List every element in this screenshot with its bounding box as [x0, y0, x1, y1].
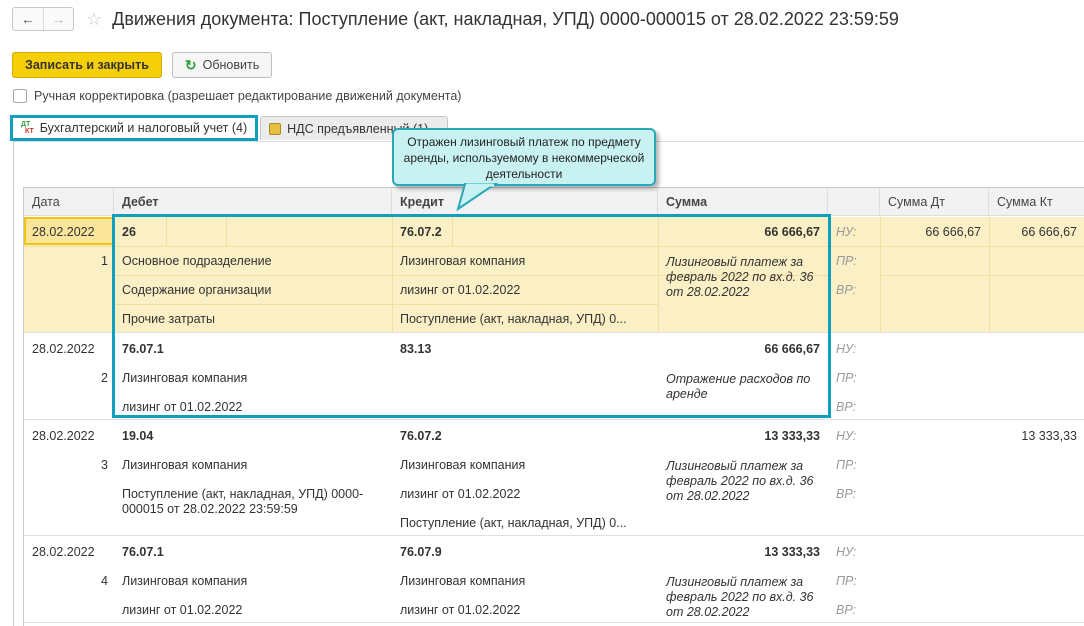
description: Лизинговый платеж за февраль 2022 по вх.…: [666, 459, 822, 504]
tab-bar: ДТКТ Бухгалтерский и налоговый учет (4) …: [10, 115, 448, 141]
arrow-left-icon: ←: [21, 11, 35, 27]
amount: 66 666,67: [658, 225, 820, 239]
sum-dt-nu: 66 666,67: [880, 225, 981, 239]
arrow-right-icon: →: [52, 11, 66, 27]
pr-label: ПР:: [836, 254, 857, 268]
debit-subconto: Лизинговая компания: [122, 458, 247, 472]
debit-subconto: лизинг от 01.02.2022: [122, 603, 242, 617]
description: Лизинговый платеж за февраль 2022 по вх.…: [666, 255, 822, 300]
star-icon[interactable]: ☆: [86, 9, 102, 30]
amount: 13 333,33: [658, 429, 820, 443]
credit-subconto: лизинг от 01.02.2022: [400, 603, 520, 617]
callout-tail: [455, 184, 515, 214]
pr-label: ПР:: [836, 371, 857, 385]
manual-edit-option[interactable]: Ручная корректировка (разрешает редактир…: [13, 89, 461, 103]
nu-label: НУ:: [836, 429, 856, 443]
forward-button[interactable]: →: [43, 8, 73, 30]
credit-subconto: Лизинговая компания: [400, 574, 525, 588]
pr-label: ПР:: [836, 574, 857, 588]
back-button[interactable]: ←: [13, 8, 43, 30]
page-title: Движения документа: Поступление (акт, на…: [112, 9, 899, 30]
pr-label: ПР:: [836, 458, 857, 472]
toolbar: Записать и закрыть ↻ Обновить: [12, 52, 272, 78]
debit-subconto: Лизинговая компания: [122, 574, 247, 588]
refresh-label: Обновить: [203, 58, 260, 72]
row-date: 28.02.2022: [32, 545, 95, 559]
title-bar: ← → ☆ Движения документа: Поступление (а…: [12, 6, 899, 32]
description: Лизинговый платеж за февраль 2022 по вх.…: [666, 575, 822, 620]
credit-subconto: Поступление (акт, накладная, УПД) 0...: [400, 312, 627, 326]
col-sum-kt[interactable]: Сумма Кт: [989, 188, 1084, 216]
dt-kt-icon: ДТКТ: [21, 121, 34, 135]
credit-subconto: Поступление (акт, накладная, УПД) 0...: [400, 516, 627, 530]
row-date: 28.02.2022: [32, 225, 95, 239]
credit-account: 76.07.9: [400, 545, 442, 559]
debit-subconto: Содержание организации: [122, 283, 271, 297]
manual-edit-label: Ручная корректировка (разрешает редактир…: [34, 89, 461, 103]
col-credit[interactable]: Кредит: [392, 188, 658, 216]
table-row[interactable]: 28.02.2022 4 76.07.1 Лизинговая компания…: [24, 537, 1084, 623]
amount: 66 666,67: [658, 342, 820, 356]
tab-accounting[interactable]: ДТКТ Бухгалтерский и налоговый учет (4): [10, 115, 258, 141]
vr-label: ВР:: [836, 487, 856, 501]
annotation-callout: Отражен лизинговый платеж по предмету ар…: [392, 128, 656, 186]
row-date: 28.02.2022: [32, 342, 95, 356]
amount: 13 333,33: [658, 545, 820, 559]
refresh-icon: ↻: [185, 57, 197, 74]
debit-subconto: лизинг от 01.02.2022: [122, 400, 242, 414]
row-number: 3: [24, 458, 108, 472]
refresh-button[interactable]: ↻ Обновить: [172, 52, 272, 78]
manual-edit-checkbox[interactable]: [13, 89, 27, 103]
save-close-button[interactable]: Записать и закрыть: [12, 52, 162, 78]
register-icon: [269, 123, 281, 135]
col-date[interactable]: Дата: [24, 188, 114, 216]
debit-subconto: Прочие затраты: [122, 312, 215, 326]
col-amount[interactable]: Сумма: [658, 188, 828, 216]
credit-subconto: лизинг от 01.02.2022: [400, 487, 520, 501]
row-number: 2: [24, 371, 108, 385]
nu-label: НУ:: [836, 342, 856, 356]
row-date: 28.02.2022: [32, 429, 95, 443]
tab-label: Бухгалтерский и налоговый учет (4): [40, 121, 247, 135]
col-label: [828, 188, 880, 216]
movements-table: Дата Дебет Кредит Сумма Сумма Дт Сумма К…: [23, 187, 1084, 626]
row-number: 4: [24, 574, 108, 588]
vr-label: ВР:: [836, 603, 856, 617]
sum-kt-nu: 13 333,33: [989, 429, 1077, 443]
sum-kt-nu: 66 666,67: [989, 225, 1077, 239]
credit-account: 76.07.2: [400, 429, 442, 443]
credit-subconto: Лизинговая компания: [400, 254, 525, 268]
debit-account: 76.07.1: [122, 342, 164, 356]
vr-label: ВР:: [836, 283, 856, 297]
vr-label: ВР:: [836, 400, 856, 414]
table-row[interactable]: 28.02.2022 2 76.07.1 Лизинговая компания…: [24, 334, 1084, 420]
nav-group: ← →: [12, 7, 74, 31]
debit-subconto: Поступление (акт, накладная, УПД) 0000-0…: [122, 487, 390, 517]
debit-subconto: Основное подразделение: [122, 254, 272, 268]
credit-subconto: лизинг от 01.02.2022: [400, 283, 520, 297]
debit-subconto: Лизинговая компания: [122, 371, 247, 385]
description: Отражение расходов по аренде: [666, 372, 822, 402]
debit-account: 76.07.1: [122, 545, 164, 559]
table-row[interactable]: 28.02.2022 1 26 Основное подразделение С…: [24, 217, 1084, 333]
credit-account: 83.13: [400, 342, 431, 356]
debit-account: 26: [122, 225, 136, 239]
table-row[interactable]: 28.02.2022 3 19.04 Лизинговая компания П…: [24, 421, 1084, 536]
debit-account: 19.04: [122, 429, 153, 443]
credit-account: 76.07.2: [400, 225, 442, 239]
nu-label: НУ:: [836, 225, 856, 239]
row-number: 1: [24, 254, 108, 268]
credit-subconto: Лизинговая компания: [400, 458, 525, 472]
nu-label: НУ:: [836, 545, 856, 559]
col-sum-dt[interactable]: Сумма Дт: [880, 188, 989, 216]
col-debit[interactable]: Дебет: [114, 188, 392, 216]
